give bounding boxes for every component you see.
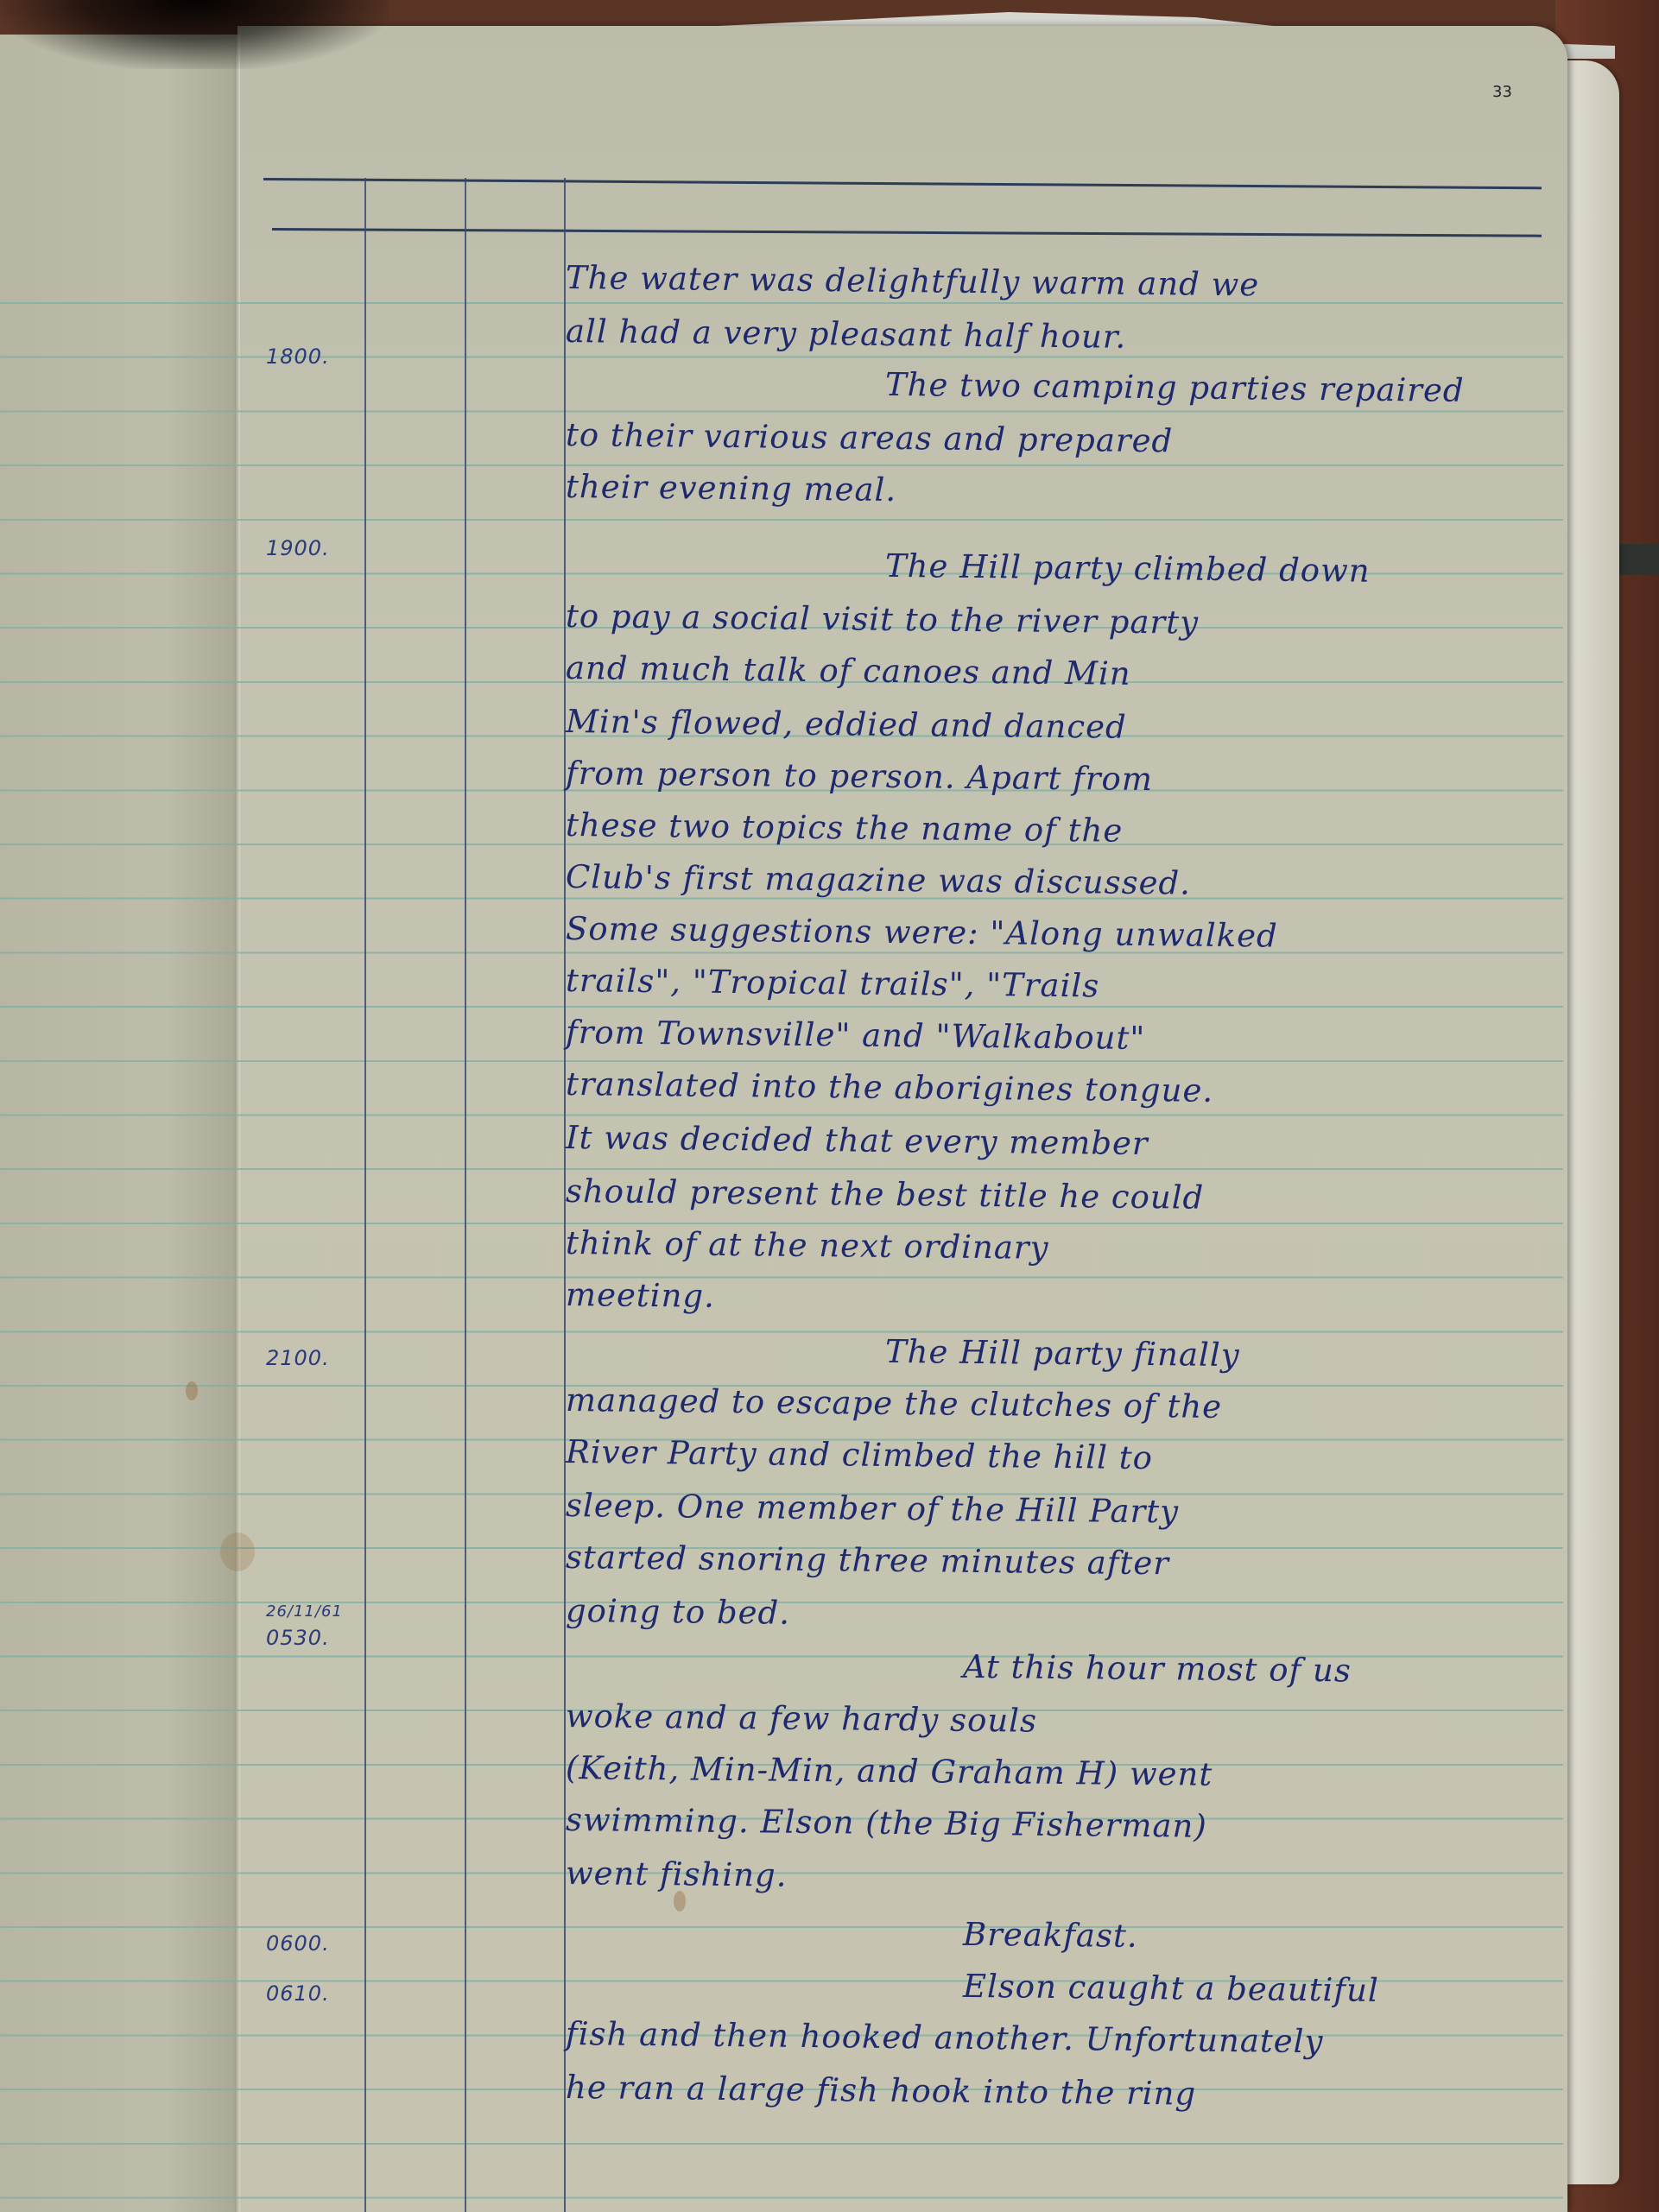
column-rule-2 xyxy=(465,178,466,2212)
time-entry: 2100. xyxy=(266,1345,330,1371)
time-entry: 0600. xyxy=(266,1931,330,1956)
column-rule-1 xyxy=(364,178,366,2212)
time-entry: 1900. xyxy=(266,535,330,561)
page-shadow xyxy=(0,0,389,69)
stain xyxy=(186,1381,198,1400)
stain xyxy=(674,1891,686,1912)
time-entry: 0610. xyxy=(266,1981,330,2007)
time-entry: 0530. xyxy=(266,1625,330,1651)
date-entry: 26/11/61 xyxy=(266,1599,343,1625)
page-number: 33 xyxy=(1492,83,1512,101)
stain xyxy=(220,1533,255,1571)
time-entry: 1800. xyxy=(266,344,330,370)
